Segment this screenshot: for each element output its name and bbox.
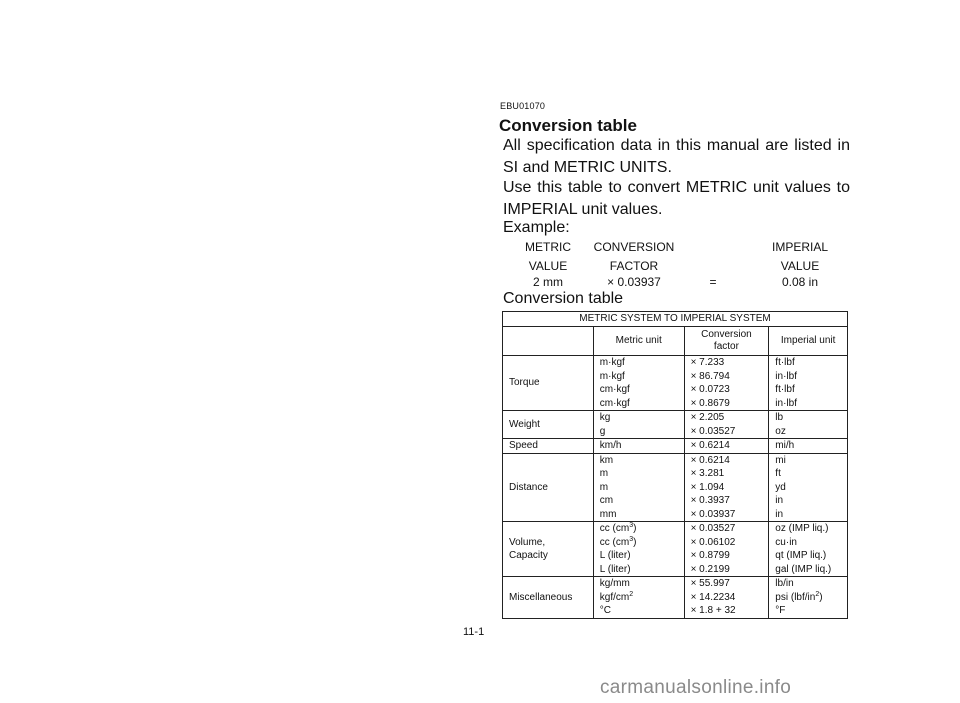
section-code: EBU01070 [500,101,545,111]
example-metric-heading: METRIC [525,240,571,254]
example-conversion-heading: CONVERSION [594,240,675,254]
metric-unit-cell: kmmmcmmm [593,453,684,522]
imperial-unit-cell: miftydinin [769,453,848,522]
table-header-row: Metric unit Conversion factor Imperial u… [503,327,848,356]
imperial-unit-cell: lb/inpsi (lbf/in2)°F [769,577,848,619]
example-imperial-subheading: VALUE [781,259,819,273]
imperial-unit-cell: oz (IMP liq.)cu·inqt (IMP liq.)gal (IMP … [769,522,848,577]
category-cell: Speed [503,439,594,454]
category-cell: Miscellaneous [503,577,594,619]
table-title: METRIC SYSTEM TO IMPERIAL SYSTEM [503,312,848,327]
table-row: Miscellaneouskg/mmkgf/cm2°C× 55.997× 14.… [503,577,848,619]
conversion-factor-cell: × 55.997× 14.2234× 1.8 + 32 [684,577,769,619]
table-row: Torquem·kgfm·kgfcm·kgfcm·kgf× 7.233× 86.… [503,356,848,411]
category-cell: Torque [503,356,594,411]
conversion-factor-cell: × 0.6214× 3.281× 1.094× 0.3937× 0.03937 [684,453,769,522]
conversion-factor-header: Conversion factor [684,327,769,356]
imperial-unit-cell: mi/h [769,439,848,454]
section-title: Conversion table [499,116,637,136]
usage-paragraph: Use this table to convert METRIC unit va… [503,177,850,221]
metric-unit-cell: kg/mmkgf/cm2°C [593,577,684,619]
metric-unit-cell: cc (cm3)cc (cm3)L (liter)L (liter) [593,522,684,577]
example-label: Example: [503,219,570,237]
category-cell: Distance [503,453,594,522]
table-body: Torquem·kgfm·kgfcm·kgfcm·kgf× 7.233× 86.… [503,356,848,619]
category-cell: Weight [503,411,594,439]
example-conversion-subheading: FACTOR [610,259,658,273]
conversion-factor-header-line2: factor [685,341,769,353]
metric-unit-cell: m·kgfm·kgfcm·kgfcm·kgf [593,356,684,411]
conversion-factor-cell: × 2.205× 0.03527 [684,411,769,439]
table-row: Speedkm/h× 0.6214mi/h [503,439,848,454]
table-row: Distancekmmmcmmm× 0.6214× 3.281× 1.094× … [503,453,848,522]
watermark: carmanualsonline.info [600,677,791,699]
category-header [503,327,594,356]
example-metric-value: 2 mm [533,275,563,289]
example-imperial-value: 0.08 in [782,275,818,289]
imperial-unit-cell: ft·lbfin·lbfft·lbfin·lbf [769,356,848,411]
page-number: 11-1 [463,626,484,638]
conversion-factor-header-line1: Conversion [685,329,769,341]
metric-unit-cell: kgg [593,411,684,439]
conversion-table: METRIC SYSTEM TO IMPERIAL SYSTEM Metric … [502,311,848,619]
conversion-factor-cell: × 0.6214 [684,439,769,454]
metric-unit-header: Metric unit [593,327,684,356]
example-equals-sign: = [709,275,716,289]
example-conversion-factor: × 0.03937 [607,275,661,289]
example-imperial-heading: IMPERIAL [772,240,828,254]
category-cell: Volume,Capacity [503,522,594,577]
imperial-unit-header: Imperial unit [769,327,848,356]
table-row: Volume,Capacitycc (cm3)cc (cm3)L (liter)… [503,522,848,577]
imperial-unit-cell: lboz [769,411,848,439]
metric-unit-cell: km/h [593,439,684,454]
conversion-factor-cell: × 7.233× 86.794× 0.0723× 0.8679 [684,356,769,411]
example-metric-subheading: VALUE [529,259,567,273]
table-caption: Conversion table [503,290,623,308]
conversion-factor-cell: × 0.03527× 0.06102× 0.8799× 0.2199 [684,522,769,577]
intro-paragraph: All specification data in this manual ar… [503,135,850,179]
table-row: Weightkgg× 2.205× 0.03527lboz [503,411,848,439]
